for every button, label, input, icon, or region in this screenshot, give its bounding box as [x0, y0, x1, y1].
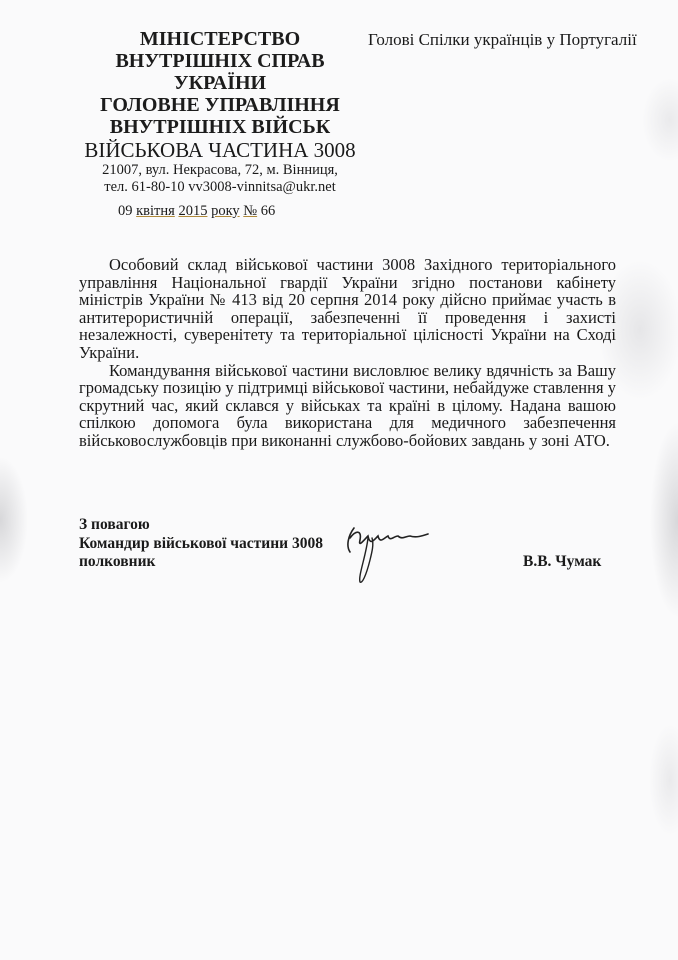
letterhead-line: ВНУТРІШНІХ СПРАВ [80, 50, 360, 72]
signer-position: Командир військової частини 3008 [79, 535, 323, 554]
document-number: 66 [261, 203, 276, 219]
date-day: 09 [118, 203, 133, 219]
body-paragraph: Командування військової частини висловлю… [79, 362, 616, 450]
letter-page: МІНІСТЕРСТВО ВНУТРІШНІХ СПРАВ УКРАЇНИ ГО… [0, 0, 678, 960]
letterhead-line: УКРАЇНИ [80, 72, 360, 94]
date-month: квітня [136, 203, 175, 219]
addressee: Голові Спілки українців у Португалії [368, 30, 637, 50]
closing-regards: З повагою [79, 516, 323, 535]
date-year: 2015 [178, 203, 207, 219]
signer-name: В.В. Чумак [523, 553, 601, 571]
letter-body: Особовий склад військової частини 3008 З… [79, 256, 616, 450]
body-paragraph: Особовий склад військової частини 3008 З… [79, 256, 616, 362]
military-unit-name: ВІЙСЬКОВА ЧАСТИНА 3008 [80, 138, 360, 162]
signer-rank: полковник [79, 553, 323, 572]
letterhead-contacts: тел. 61-80-10 vv3008-vinnitsa@ukr.net [80, 179, 360, 196]
handwritten-signature-icon [340, 516, 430, 586]
letterhead-line: ВНУТРІШНІХ ВІЙСЬК [80, 116, 360, 138]
letterhead-line: ГОЛОВНЕ УПРАВЛІННЯ [80, 94, 360, 116]
letterhead-address: 21007, вул. Некрасова, 72, м. Вінниця, [80, 162, 360, 179]
date-reference: 09 квітня 2015 року № 66 [118, 203, 275, 220]
date-year-word: року [211, 203, 240, 219]
closing-block: З повагою Командир військової частини 30… [79, 516, 323, 572]
number-sign: № [243, 203, 257, 219]
letterhead: МІНІСТЕРСТВО ВНУТРІШНІХ СПРАВ УКРАЇНИ ГО… [80, 28, 360, 196]
letterhead-line: МІНІСТЕРСТВО [80, 28, 360, 50]
